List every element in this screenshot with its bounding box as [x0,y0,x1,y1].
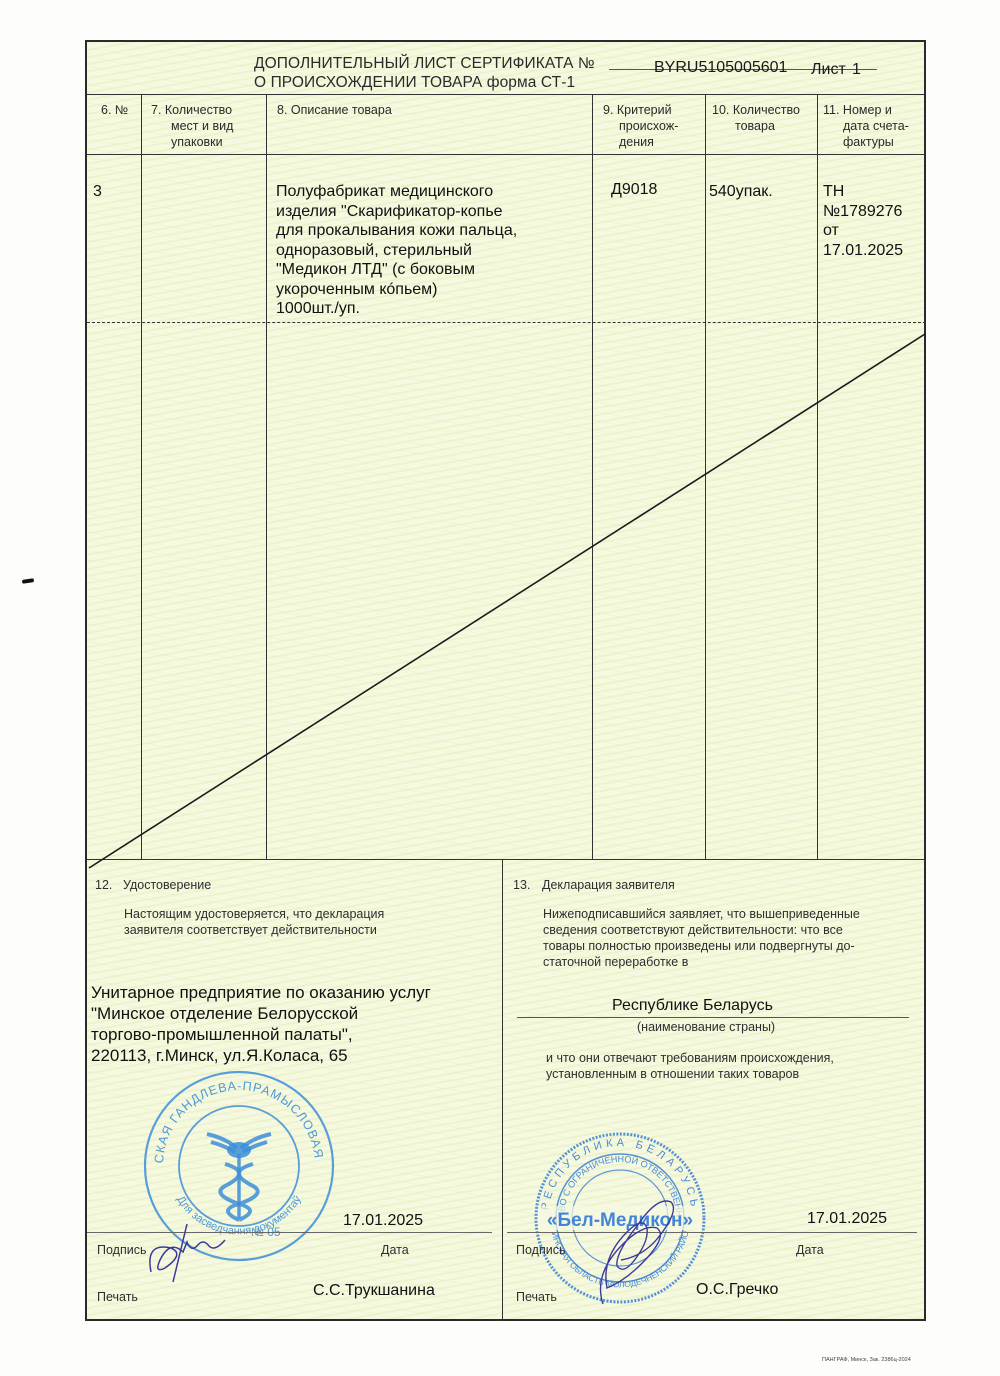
section12-signature-label: Подпись [97,1243,146,1257]
section13-signature-line [507,1232,917,1233]
section13-text-line: товары полностью произведены или подверг… [543,938,886,954]
section13-text2: и что они отвечают требованиям происхожд… [546,1050,834,1082]
certifying-organization: Унитарное предприятие по оказанию услуг … [91,982,431,1066]
organization-line: торгово-промышленной палаты", [91,1024,431,1045]
country-underline [517,1017,909,1018]
country-caption: (наименование страны) [637,1019,775,1035]
organization-line: 220113, г.Минск, ул.Я.Коласа, 65 [91,1045,431,1066]
section13-text2-line: установленным в отношении таких товаров [546,1066,834,1082]
section12-text-line: Настоящим удостоверяется, что декларация [124,906,384,922]
section12-seal-label: Печать [97,1290,138,1304]
country-name: Республике Беларусь [612,997,773,1015]
section13-text-line: статочной переработке в [543,954,886,970]
section13-signature-label: Подпись [516,1243,565,1257]
section13-signature [577,1192,697,1312]
organization-line: "Минское отделение Белорусской [91,1003,431,1024]
section12-number: 12. [95,878,112,892]
section13-text-line: сведения соответствуют действительности:… [543,922,886,938]
organization-line: Унитарное предприятие по оказанию услуг [91,982,431,1003]
section13-number: 13. [513,878,530,892]
section13-text: Нижеподписавшийся заявляет, что вышеприв… [543,906,886,970]
section13-text-line: Нижеподписавшийся заявляет, что вышеприв… [543,906,886,922]
printer-note: ПАНГРАФ, Минск, Зак. 2386ц-2024 [822,1357,911,1363]
section13-date-label: Дата [796,1243,824,1257]
section12-date-label: Дата [381,1243,409,1257]
section13-text2-line: и что они отвечают требованиям происхожд… [546,1050,834,1066]
section12-text: Настоящим удостоверяется, что декларация… [124,906,384,938]
section12-signature [147,1220,237,1284]
section12-text-line: заявителя соответствует действительности [124,922,384,938]
section-divider [502,859,503,1321]
section13-date: 17.01.2025 [807,1210,887,1228]
section13-signer: О.С.Гречко [696,1281,778,1299]
section12-title: Удостоверение [123,878,211,892]
section13-title: Декларация заявителя [542,878,675,892]
section12-date: 17.01.2025 [343,1212,423,1230]
section12-signer: С.С.Трукшанина [313,1282,435,1300]
section13-seal-label: Печать [516,1290,557,1304]
certificate-sheet: ДОПОЛНИТЕЛЬНЫЙ ЛИСТ СЕРТИФИКАТА № О ПРОИ… [85,40,926,1321]
scan-speck [22,578,34,584]
